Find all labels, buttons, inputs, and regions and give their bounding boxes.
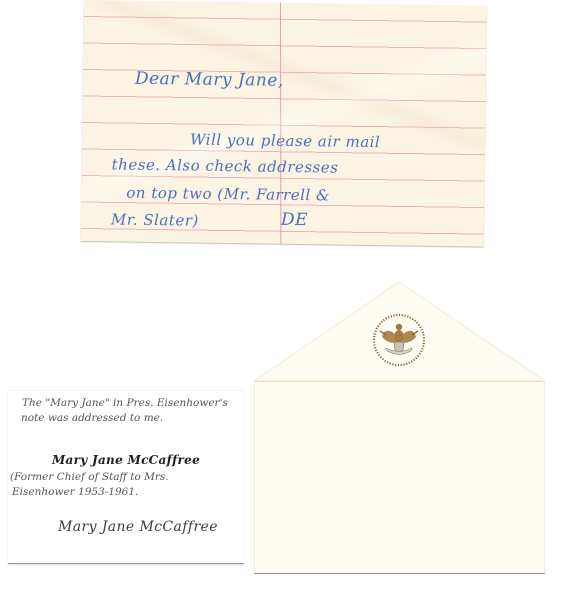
- note-line-3: on top two (Mr. Farrell &: [126, 184, 330, 205]
- card-note-line-2: note was addressed to me.: [21, 412, 163, 424]
- card-engraved-name: Mary Jane McCaffree: [8, 453, 244, 467]
- envelope: [254, 381, 545, 573]
- presidential-seal-icon: [372, 313, 426, 367]
- note-line-1: Will you please air mail: [190, 130, 380, 151]
- note-initials: DE: [281, 210, 308, 230]
- card-note-line-3: (Former Chief of Staff to Mrs.: [10, 471, 169, 483]
- calling-card: The "Mary Jane" in Pres. Eisenhower's no…: [8, 390, 244, 563]
- note-greeting: Dear Mary Jane,: [135, 69, 284, 91]
- envelope-fold-line: [255, 381, 544, 382]
- card-note-line-1: The "Mary Jane" in Pres. Eisenhower's: [22, 397, 228, 409]
- card-signature: Mary Jane McCaffree: [58, 519, 218, 535]
- handwritten-note: Dear Mary Jane, Will you please air mail…: [81, 0, 487, 247]
- note-line-4: Mr. Slater): [111, 210, 199, 229]
- note-line-2: these. Also check addresses: [112, 155, 339, 176]
- card-note-line-4: Eisenhower 1953-1961.: [12, 486, 138, 498]
